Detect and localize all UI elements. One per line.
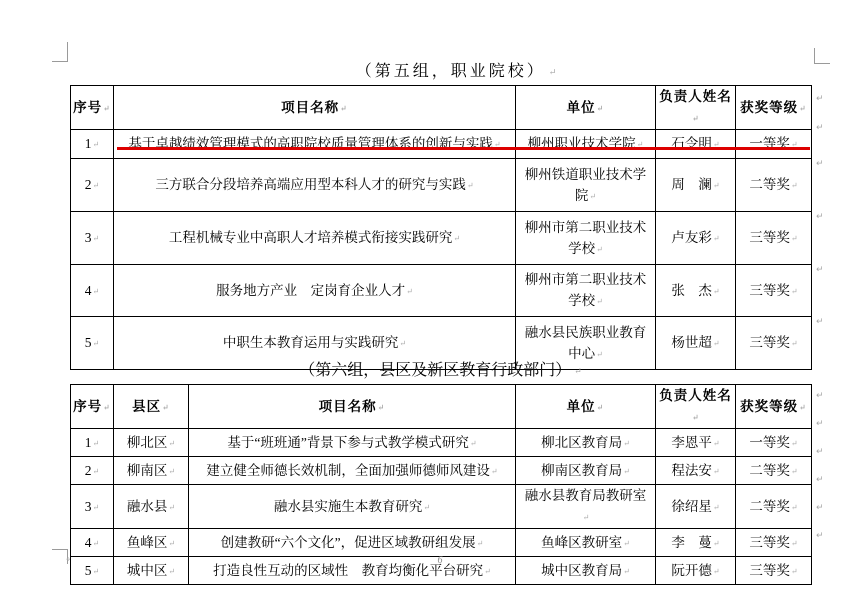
cell-text: 4 [85,535,99,550]
cell-text: 三等奖 [749,230,797,245]
cell-project[interactable]: 融水县实施生本教育研究 [189,485,516,529]
cell-award[interactable]: 二等奖 [736,159,812,212]
header-cell-person[interactable]: 负责人姓名 [656,385,736,429]
cell-text: 3 [85,499,99,514]
cell-text: 柳北区 [127,435,175,450]
cell-text: 服务地方产业 定岗育企业人才 [216,283,413,298]
cell-text: 融水县 [127,499,175,514]
cell-award[interactable]: 一等奖 [736,130,812,159]
cell-person[interactable]: 李恩平 [656,429,736,457]
cell-no[interactable]: 3 [71,212,114,265]
header-label: 项目名称 [319,399,386,414]
header-label: 负责人姓名 [659,89,732,125]
header-cell-unit[interactable]: 单位 [516,385,656,429]
cell-project[interactable]: 基于卓越绩效管理模式的高职院校质量管理体系的创新与实践 [114,130,516,159]
group5-title-text: （第五组，职业院校） [356,63,560,80]
cell-text: 创建教研“六个文化”，促进区域教研组发展 [221,535,484,550]
cell-project[interactable]: 建立健全师德长效机制，全面加强师德师风建设 [189,457,516,485]
cell-award[interactable]: 三等奖 [736,212,812,265]
cell-text: 二等奖 [749,499,797,514]
table-row: 3 工程机械专业中高职人才培养模式衔接实践研究 柳州市第二职业技术学校 卢友彩 … [71,212,812,265]
cell-text: 融水县民族职业教育中心 [525,325,647,361]
header-cell-award[interactable]: 获奖等级 [736,385,812,429]
cell-text: 柳南区 [127,463,175,478]
cell-no[interactable]: 1 [71,130,114,159]
header-cell-project[interactable]: 项目名称 [189,385,516,429]
cell-project[interactable]: 基于“班班通”背景下参与式教学模式研究 [189,429,516,457]
header-label: 序号 [73,100,111,115]
cell-person[interactable]: 程法安 [656,457,736,485]
cell-district[interactable]: 鱼峰区 [114,529,189,557]
header-cell-no[interactable]: 序号 [71,385,114,429]
cell-unit[interactable]: 柳州市第二职业技术学校 [516,265,656,317]
cell-text: 中职生本教育运用与实践研究 [223,335,406,350]
header-label: 序号 [73,399,111,414]
cell-text: 鱼峰区教研室 [541,535,630,550]
header-label: 获奖等级 [740,399,807,414]
cell-no[interactable]: 1 [71,429,114,457]
cell-person[interactable]: 石令明 [656,130,736,159]
paragraph-mark [816,392,824,401]
header-cell-award[interactable]: 获奖等级 [736,86,812,130]
cell-unit[interactable]: 鱼峰区教研室 [516,529,656,557]
cell-unit[interactable]: 柳南区教育局 [516,457,656,485]
cell-no[interactable]: 4 [71,529,114,557]
cell-person[interactable]: 周 澜 [656,159,736,212]
cell-person[interactable]: 李 蔓 [656,529,736,557]
table-row: 4 服务地方产业 定岗育企业人才 柳州市第二职业技术学校 张 杰 三等奖 [71,265,812,317]
margin-mark-top-right [814,48,830,64]
cell-text: 建立健全师德长效机制，全面加强师德师风建设 [206,463,497,478]
paragraph-mark [816,124,824,133]
table-header-row: 序号 项目名称 单位 负责人姓名 获奖等级 [71,86,812,130]
header-label: 县区 [132,399,170,414]
table-row: 1 基于卓越绩效管理模式的高职院校质量管理体系的创新与实践 柳州职业技术学院 石… [71,130,812,159]
cell-unit[interactable]: 柳州职业技术学院 [516,130,656,159]
cell-text: 柳州市第二职业技术学校 [525,272,647,308]
cell-project[interactable]: 创建教研“六个文化”，促进区域教研组发展 [189,529,516,557]
cell-district[interactable]: 柳北区 [114,429,189,457]
table-header-row: 序号 县区 项目名称 单位 负责人姓名 获奖等级 [71,385,812,429]
table-row: 2 三方联合分段培养高端应用型本科人才的研究与实践 柳州铁道职业技术学院 周 澜… [71,159,812,212]
cell-text: 1 [85,136,99,151]
table-row: 4 鱼峰区 创建教研“六个文化”，促进区域教研组发展 鱼峰区教研室 李 蔓 三等… [71,529,812,557]
cell-text: 4 [85,283,99,298]
paragraph-mark [816,160,824,169]
table-row: 2 柳南区 建立健全师德长效机制，全面加强师德师风建设 柳南区教育局 程法安 二… [71,457,812,485]
cell-text: 柳州市第二职业技术学校 [525,220,647,256]
cell-text: 柳南区教育局 [541,463,630,478]
cell-unit[interactable]: 柳州铁道职业技术学院 [516,159,656,212]
cell-award[interactable]: 一等奖 [736,429,812,457]
cell-person[interactable]: 张 杰 [656,265,736,317]
paragraph-mark [816,420,824,429]
paragraph-mark [816,448,824,457]
paragraph-mark [816,532,824,541]
header-label: 负责人姓名 [659,388,732,424]
cell-text: 周 澜 [671,177,719,192]
cell-text: 二等奖 [749,177,797,192]
cell-text: 三等奖 [749,535,797,550]
cell-text: 柳北区教育局 [541,435,630,450]
cell-award[interactable]: 三等奖 [736,265,812,317]
cell-text: 5 [85,335,99,350]
cell-district[interactable]: 柳南区 [114,457,189,485]
table-row: 3 融水县 融水县实施生本教育研究 融水县教育局教研室 徐绍星 二等奖 [71,485,812,529]
cell-person[interactable]: 卢友彩 [656,212,736,265]
cell-text: 徐绍星 [671,499,719,514]
cell-text: 李恩平 [671,435,719,450]
cell-award[interactable]: 二等奖 [736,485,812,529]
cell-text: 柳州铁道职业技术学院 [525,167,647,203]
cell-text: 李 蔓 [671,535,719,550]
cell-text: 杨世超 [671,335,719,350]
group6-title[interactable]: （第六组，县区及新区教育行政部门） [70,361,811,381]
cell-unit[interactable]: 融水县教育局教研室 [516,485,656,529]
header-label: 单位 [567,399,605,414]
cell-district[interactable]: 融水县 [114,485,189,529]
cell-text: 工程机械专业中高职人才培养模式衔接实践研究 [169,230,460,245]
cell-no[interactable]: 4 [71,265,114,317]
header-cell-no[interactable]: 序号 [71,86,114,130]
group5-title[interactable]: （第五组，职业院校） [70,62,811,82]
paragraph-mark [816,95,824,104]
cell-text: 程法安 [671,463,719,478]
cell-award[interactable]: 二等奖 [736,457,812,485]
cell-text: 一等奖 [749,435,797,450]
cell-text: 1 [85,435,99,450]
cell-text: 张 杰 [671,283,719,298]
cell-no[interactable]: 3 [71,485,114,529]
cell-text: 三等奖 [749,335,797,350]
cell-no[interactable]: 2 [71,159,114,212]
header-label: 项目名称 [281,100,348,115]
table-row: 1 柳北区 基于“班班通”背景下参与式教学模式研究 柳北区教育局 李恩平 一等奖 [71,429,812,457]
cell-unit[interactable]: 柳北区教育局 [516,429,656,457]
group5-table: 序号 项目名称 单位 负责人姓名 获奖等级 1 基于卓越绩效管理模式的高职院校质… [70,85,812,370]
cell-unit[interactable]: 柳州市第二职业技术学校 [516,212,656,265]
cell-project[interactable]: 三方联合分段培养高端应用型本科人才的研究与实践 [114,159,516,212]
header-cell-person[interactable]: 负责人姓名 [656,86,736,130]
header-label: 获奖等级 [740,100,807,115]
paragraph-mark [816,504,824,513]
cell-text: 2 [85,463,99,478]
group6-title-text: （第六组，县区及新区教育行政部门） [299,362,582,379]
header-cell-project[interactable]: 项目名称 [114,86,516,130]
cell-award[interactable]: 三等奖 [736,529,812,557]
cell-text: 鱼峰区 [127,535,175,550]
cell-project[interactable]: 工程机械专业中高职人才培养模式衔接实践研究 [114,212,516,265]
cell-text: 融水县实施生本教育研究 [274,499,430,514]
cell-no[interactable]: 2 [71,457,114,485]
header-cell-district[interactable]: 县区 [114,385,189,429]
cell-text: 融水县教育局教研室 [525,488,647,524]
cell-text: 三方联合分段培养高端应用型本科人才的研究与实践 [155,177,473,192]
document-page: { "annotations": { "underline_color": "#… [0,0,860,615]
cell-text: 三等奖 [749,283,797,298]
cell-text: 卢友彩 [671,230,719,245]
paragraph-mark [816,476,824,485]
cell-project[interactable]: 服务地方产业 定岗育企业人才 [114,265,516,317]
page-number: 6 [0,555,860,566]
red-annotation-underline [117,147,810,150]
margin-mark-top-left [52,42,68,62]
paragraph-mark [816,266,824,275]
cell-text: 2 [85,177,99,192]
paragraph-mark [816,213,824,222]
header-cell-unit[interactable]: 单位 [516,86,656,130]
cell-text: 基于“班班通”背景下参与式教学模式研究 [227,435,476,450]
cell-person[interactable]: 徐绍星 [656,485,736,529]
cell-text: 3 [85,230,99,245]
cell-text: 二等奖 [749,463,797,478]
header-label: 单位 [567,100,605,115]
paragraph-mark [816,318,824,327]
